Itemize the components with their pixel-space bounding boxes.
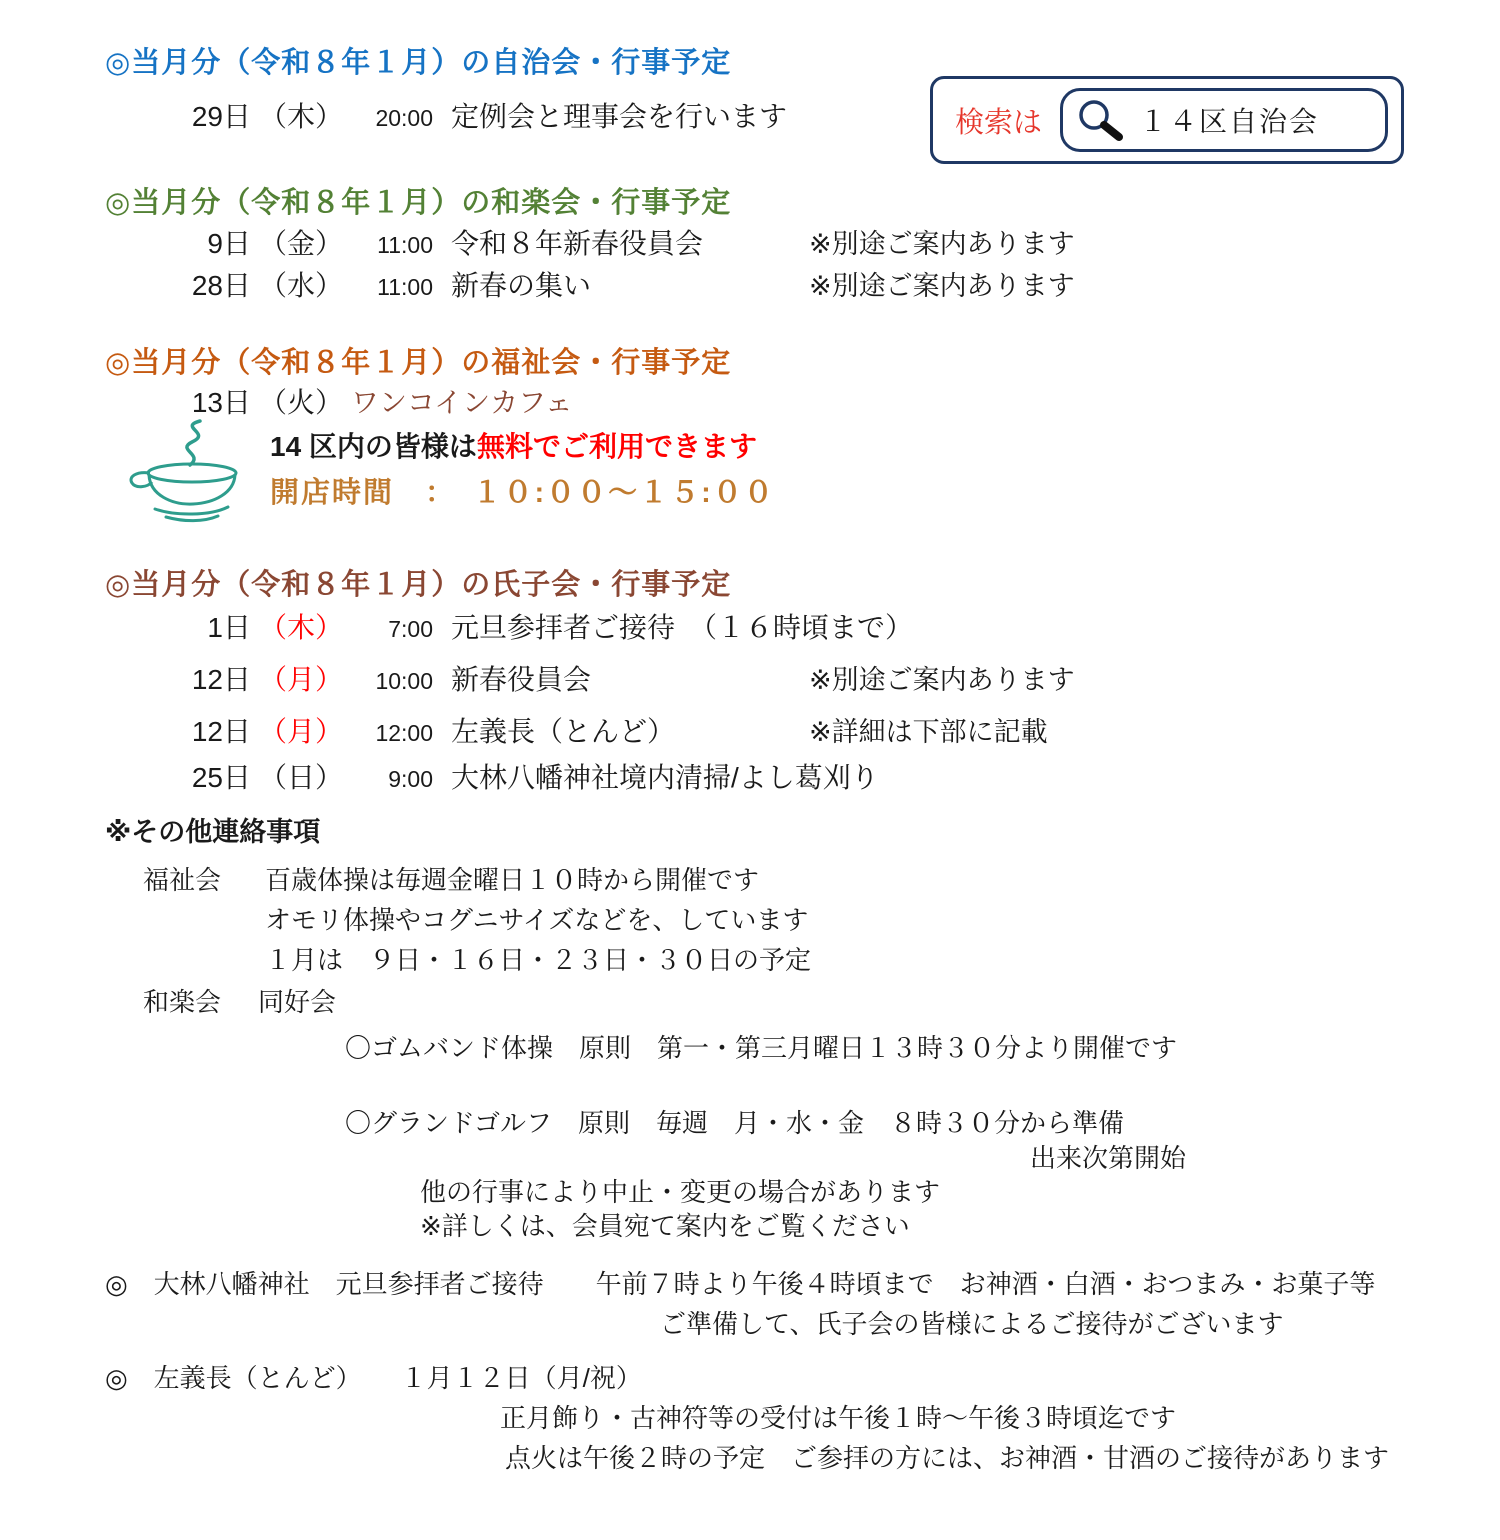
- search-field-illustration: １４区自治会: [1060, 88, 1388, 152]
- jichikai-section-heading: ◎当月分（令和８年１月）の自治会・行事予定: [105, 40, 731, 81]
- cafe-hours-line: 開店時間 ： １０:００～１５:００: [270, 470, 775, 511]
- warakukai-section-heading: ◎当月分（令和８年１月）の和楽会・行事予定: [105, 180, 731, 221]
- event-day: 29日: [105, 95, 251, 135]
- hachiman-line1: ◎ 大林八幡神社 元旦参拝者ご接待 午前７時より午後４時頃まで お神酒・白酒・お…: [105, 1264, 1375, 1301]
- event-day: 28日: [105, 264, 251, 304]
- event-note: ※詳細は下部に記載: [809, 710, 1048, 749]
- event-weekday: （月）: [251, 658, 347, 698]
- cancel-note: 他の行事により中止・変更の場合があります: [420, 1172, 940, 1209]
- sagicho-line3: 点火は午後２時の予定 ご参拝の方には、お神酒・甘酒のご接待があります: [505, 1438, 1389, 1475]
- event-day: 12日: [105, 658, 251, 698]
- event-title: 左義長（とんど）: [451, 710, 809, 750]
- other-notes-heading: ※その他連絡事項: [105, 810, 320, 849]
- warakukai-event-row: 9日 （金） 11:00 令和８年新春役員会 ※別途ご案内あります: [105, 222, 1075, 262]
- magnifier-icon: [1073, 97, 1125, 143]
- event-weekday: （木）: [251, 606, 347, 646]
- event-day: 12日: [105, 710, 251, 750]
- event-note: ※別途ご案内あります: [809, 658, 1075, 697]
- search-box-illustration: 検索は １４区自治会: [930, 76, 1404, 164]
- search-query-text: １４区自治会: [1139, 100, 1319, 140]
- hachiman-line2: ご準備して、氏子会の皆様によるご接待がございます: [660, 1304, 1283, 1341]
- event-title: 新春の集い: [451, 264, 809, 304]
- coffee-cup-icon: [100, 415, 270, 523]
- event-title: 定例会と理事会を行います: [451, 95, 787, 135]
- gomu-band-line: 〇ゴムバンド体操 原則 第一・第三月曜日１３時３０分より開催です: [345, 1028, 1177, 1065]
- event-time: 11:00: [347, 232, 433, 259]
- event-weekday: （月）: [251, 710, 347, 750]
- event-day: 25日: [105, 756, 251, 796]
- fukushikai-note-line: オモリ体操やコグニサイズなどを、しています: [265, 900, 808, 937]
- event-weekday: （日）: [251, 756, 347, 796]
- event-day: 9日: [105, 222, 251, 262]
- fukushikai-section-heading: ◎当月分（令和８年１月）の福祉会・行事予定: [105, 340, 731, 381]
- ujikokai-event-row: 25日 （日） 9:00 大林八幡神社境内清掃/よし葛刈り: [105, 756, 879, 796]
- event-title: 元旦参拝者ご接待 （１６時頃まで）: [451, 606, 913, 646]
- event-time: 10:00: [347, 668, 433, 695]
- event-title: 新春役員会: [451, 658, 809, 698]
- detail-note: ※詳しくは、会員宛て案内をご覧ください: [420, 1206, 910, 1243]
- ujikokai-section-heading: ◎当月分（令和８年１月）の氏子会・行事予定: [105, 562, 731, 603]
- event-weekday: （金）: [251, 222, 347, 262]
- event-time: 7:00: [347, 616, 433, 643]
- golf-start-note: 出来次第開始: [1030, 1138, 1186, 1175]
- ujikokai-event-row: 12日 （月） 12:00 左義長（とんど） ※詳細は下部に記載: [105, 710, 1048, 750]
- cafe-free-line: 14 区内の皆様は無料でご利用できます: [270, 425, 757, 465]
- ujikokai-event-row: 1日 （木） 7:00 元旦参拝者ご接待 （１６時頃まで）: [105, 606, 913, 646]
- fukushikai-note-line: 百歳体操は毎週金曜日１０時から開催です: [265, 860, 759, 897]
- event-weekday: （木）: [251, 95, 347, 135]
- warakukai-label: 和楽会: [143, 982, 221, 1019]
- event-time: 20:00: [347, 105, 433, 132]
- event-time: 9:00: [347, 766, 433, 793]
- event-note: ※別途ご案内あります: [809, 264, 1075, 303]
- fukushikai-label: 福祉会: [143, 860, 221, 897]
- sagicho-line2: 正月飾り・古神符等の受付は午後１時～午後３時頃迄です: [500, 1398, 1176, 1435]
- event-note: ※別途ご案内あります: [809, 222, 1075, 261]
- ground-golf-line: 〇グランドゴルフ 原則 毎週 月・水・金 ８時３０分から準備: [345, 1103, 1124, 1140]
- cafe-free-line-black: 14 区内の皆様は: [270, 431, 477, 462]
- warakukai-value: 同好会: [258, 982, 336, 1019]
- warakukai-event-row: 28日 （水） 11:00 新春の集い ※別途ご案内あります: [105, 264, 1075, 304]
- event-title: 大林八幡神社境内清掃/よし葛刈り: [451, 756, 879, 796]
- search-label: 検索は: [955, 100, 1042, 141]
- event-time: 12:00: [347, 720, 433, 747]
- jichikai-event-row: 29日 （木） 20:00 定例会と理事会を行います: [105, 95, 787, 135]
- event-time: 11:00: [347, 274, 433, 301]
- event-title: 令和８年新春役員会: [451, 222, 809, 262]
- cafe-free-line-red: 無料でご利用できます: [477, 431, 757, 462]
- ujikokai-event-row: 12日 （月） 10:00 新春役員会 ※別途ご案内あります: [105, 658, 1075, 698]
- event-weekday: （水）: [251, 264, 347, 304]
- fukushikai-note-line: １月は ９日・１６日・２３日・３０日の予定: [265, 940, 811, 977]
- newsletter-page: ◎当月分（令和８年１月）の自治会・行事予定 29日 （木） 20:00 定例会と…: [0, 0, 1500, 1540]
- sagicho-line1: ◎ 左義長（とんど） １月１２日（月/祝）: [105, 1358, 642, 1395]
- event-day: 1日: [105, 606, 251, 646]
- event-title: ワンコインカフェ: [351, 381, 573, 421]
